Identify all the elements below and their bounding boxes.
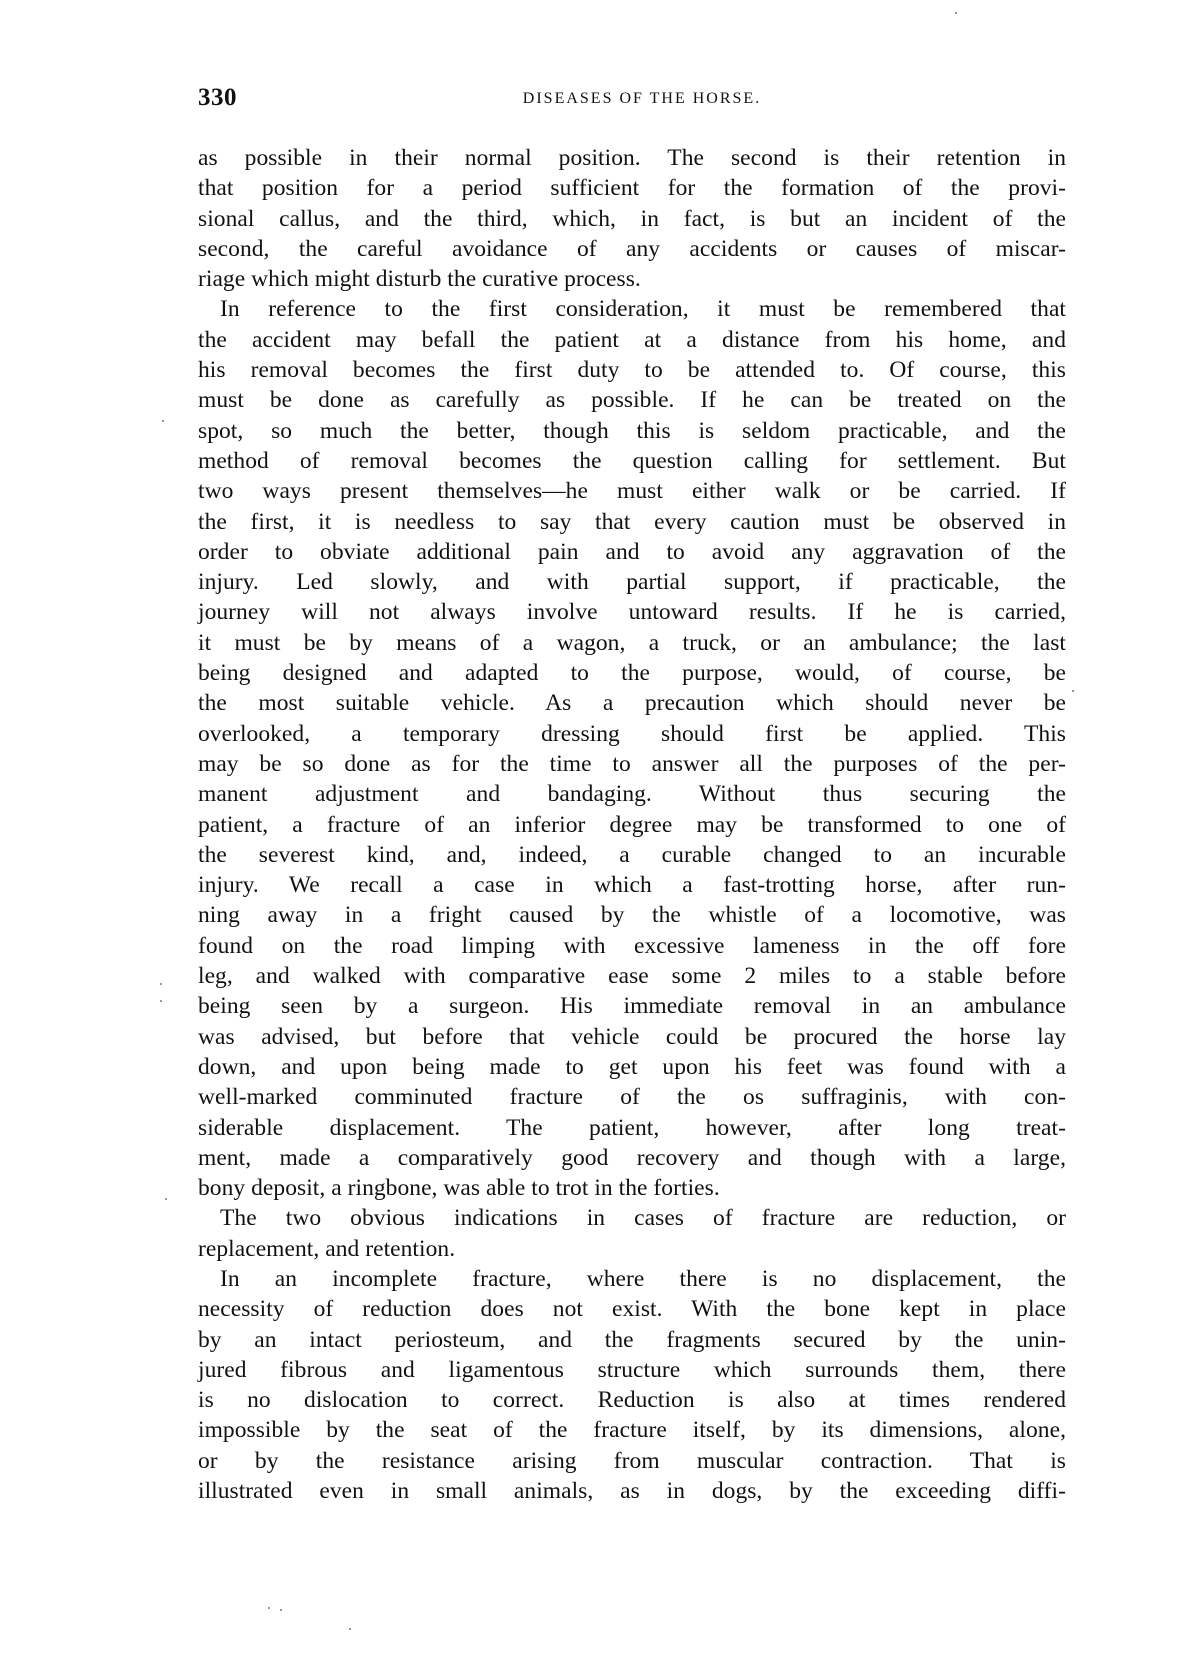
text-line: necessity of reduction does not exist. W… xyxy=(198,1294,1066,1324)
paragraph: In an incomplete fracture, where there i… xyxy=(198,1264,1066,1506)
text-line: being designed and adapted to the purpos… xyxy=(198,658,1066,688)
text-line: journey will not always involve untoward… xyxy=(198,597,1066,627)
text-line: as possible in their normal position. Th… xyxy=(198,143,1066,173)
text-line: by an intact periosteum, and the fragmen… xyxy=(198,1325,1066,1355)
scan-speck xyxy=(280,1609,282,1611)
text-line: sional callus, and the third, which, in … xyxy=(198,204,1066,234)
text-line: the accident may befall the patient at a… xyxy=(198,325,1066,355)
text-line: the most suitable vehicle. As a precauti… xyxy=(198,688,1066,718)
text-line: illustrated even in small animals, as in… xyxy=(198,1476,1066,1506)
body-text: as possible in their normal position. Th… xyxy=(198,143,1066,1506)
text-line: ment, made a comparatively good recovery… xyxy=(198,1143,1066,1173)
paragraph: The two obvious indications in cases of … xyxy=(198,1203,1066,1264)
text-line: manent adjustment and bandaging. Without… xyxy=(198,779,1066,809)
paragraph: In reference to the first consideration,… xyxy=(198,294,1066,1203)
text-line: order to obviate additional pain and to … xyxy=(198,537,1066,567)
text-line: jured fibrous and ligamentous structure … xyxy=(198,1355,1066,1385)
text-line: well-marked comminuted fracture of the o… xyxy=(198,1082,1066,1112)
scan-speck xyxy=(162,420,164,422)
text-line: siderable displacement. The patient, how… xyxy=(198,1113,1066,1143)
text-line: overlooked, a temporary dressing should … xyxy=(198,719,1066,749)
scan-speck xyxy=(1072,690,1074,692)
scan-speck xyxy=(165,1198,167,1200)
text-line: injury. Led slowly, and with partial sup… xyxy=(198,567,1066,597)
text-line: leg, and walked with comparative ease so… xyxy=(198,961,1066,991)
text-line: injury. We recall a case in which a fast… xyxy=(198,870,1066,900)
running-head: 330 DISEASES OF THE HORSE. xyxy=(198,84,1066,118)
text-line: riage which might disturb the curative p… xyxy=(198,264,1066,294)
text-line: bony deposit, a ringbone, was able to tr… xyxy=(198,1173,1066,1203)
book-page: 330 DISEASES OF THE HORSE. as possible i… xyxy=(0,0,1200,1657)
text-line: being seen by a surgeon. His immediate r… xyxy=(198,991,1066,1021)
text-line: In reference to the first consideration,… xyxy=(198,294,1066,324)
scan-speck xyxy=(160,1000,162,1002)
text-line: second, the careful avoidance of any acc… xyxy=(198,234,1066,264)
text-line: patient, a fracture of an inferior degre… xyxy=(198,810,1066,840)
text-line: method of removal becomes the question c… xyxy=(198,446,1066,476)
text-line: ning away in a fright caused by the whis… xyxy=(198,900,1066,930)
text-line: found on the road limping with excessive… xyxy=(198,931,1066,961)
text-line: may be so done as for the time to answer… xyxy=(198,749,1066,779)
scan-speck xyxy=(160,983,162,985)
text-line: down, and upon being made to get upon hi… xyxy=(198,1052,1066,1082)
text-line: the first, it is needless to say that ev… xyxy=(198,507,1066,537)
scan-speck xyxy=(349,1628,351,1630)
text-line: the severest kind, and, indeed, a curabl… xyxy=(198,840,1066,870)
text-line: The two obvious indications in cases of … xyxy=(198,1203,1066,1233)
text-line: must be done as carefully as possible. I… xyxy=(198,385,1066,415)
text-line: two ways present themselves—he must eith… xyxy=(198,476,1066,506)
running-title: DISEASES OF THE HORSE. xyxy=(198,90,1066,108)
text-line: or by the resistance arising from muscul… xyxy=(198,1446,1066,1476)
text-line: his removal becomes the first duty to be… xyxy=(198,355,1066,385)
text-line: is no dislocation to correct. Reduction … xyxy=(198,1385,1066,1415)
text-line: it must be by means of a wagon, a truck,… xyxy=(198,628,1066,658)
scan-speck xyxy=(955,12,957,14)
text-line: replacement, and retention. xyxy=(198,1234,1066,1264)
text-line: impossible by the seat of the fracture i… xyxy=(198,1415,1066,1445)
paragraph: as possible in their normal position. Th… xyxy=(198,143,1066,294)
text-line: spot, so much the better, though this is… xyxy=(198,416,1066,446)
text-line: was advised, but before that vehicle cou… xyxy=(198,1022,1066,1052)
text-line: that position for a period sufficient fo… xyxy=(198,173,1066,203)
scan-speck xyxy=(268,1607,270,1609)
text-line: In an incomplete fracture, where there i… xyxy=(198,1264,1066,1294)
